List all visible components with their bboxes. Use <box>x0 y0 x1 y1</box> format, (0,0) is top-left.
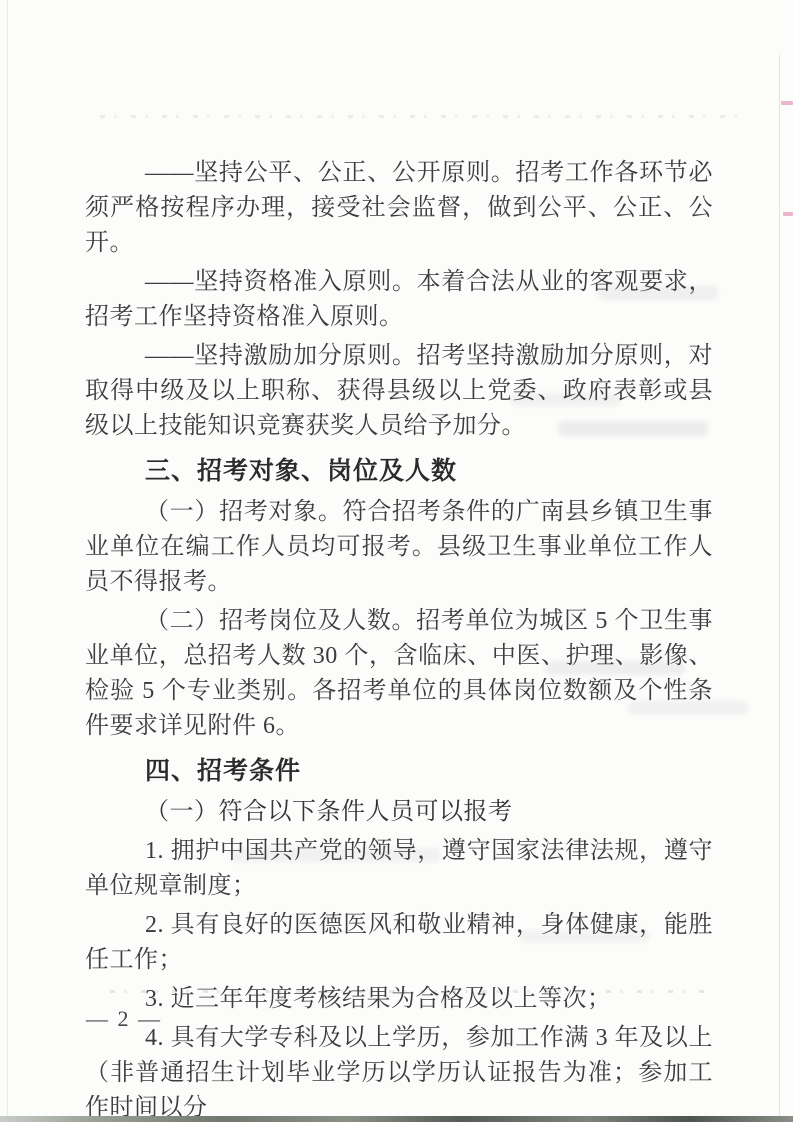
pink-edge-mark <box>783 212 793 216</box>
document-body: ——坚持公平、公正、公开原则。招考工作各环节必须严格按程序办理，接受社会监督，做… <box>85 156 713 1122</box>
para-principle-fairness: ——坚持公平、公正、公开原则。招考工作各环节必须严格按程序办理，接受社会监督，做… <box>85 156 713 261</box>
subheading-eligible-applicants: （一）符合以下条件人员可以报考 <box>85 795 713 830</box>
para-principle-bonus: ——坚持激励加分原则。招考坚持激励加分原则，对取得中级及以上职称、获得县级以上党… <box>85 339 713 444</box>
section-heading-targets-positions: 三、招考对象、岗位及人数 <box>145 454 713 489</box>
scan-noise-row <box>100 115 750 118</box>
para-condition-2: 2. 具有良好的医德医风和敬业精神，身体健康，能胜任工作； <box>85 908 713 978</box>
paper-edge-line-right <box>779 55 780 1122</box>
para-principle-qualification: ——坚持资格准入原则。本着合法从业的客观要求，招考工作坚持资格准入原则。 <box>85 265 713 335</box>
section-heading-conditions: 四、招考条件 <box>145 754 713 789</box>
para-condition-4: 4. 具有大学专科及以上学历，参加工作满 3 年及以上（非普通招生计划毕业学历以… <box>85 1021 713 1122</box>
para-recruit-target: （一）招考对象。符合招考条件的广南县乡镇卫生事业单位在编工作人员均可报考。县级卫… <box>85 495 713 600</box>
page-number: — 2 — <box>86 1006 162 1032</box>
scanned-document-page: ——坚持公平、公正、公开原则。招考工作各环节必须严格按程序办理，接受社会监督，做… <box>0 0 793 1122</box>
scan-bottom-shadow-strip <box>0 1116 793 1122</box>
pink-edge-mark <box>781 101 793 105</box>
paper-edge-line-left <box>7 0 8 1122</box>
para-condition-1: 1. 拥护中国共产党的领导，遵守国家法律法规，遵守单位规章制度； <box>85 834 713 904</box>
para-recruit-positions: （二）招考岗位及人数。招考单位为城区 5 个卫生事业单位，总招考人数 30 个，… <box>85 604 713 744</box>
para-condition-3: 3. 近三年年度考核结果为合格及以上等次； <box>85 982 713 1017</box>
